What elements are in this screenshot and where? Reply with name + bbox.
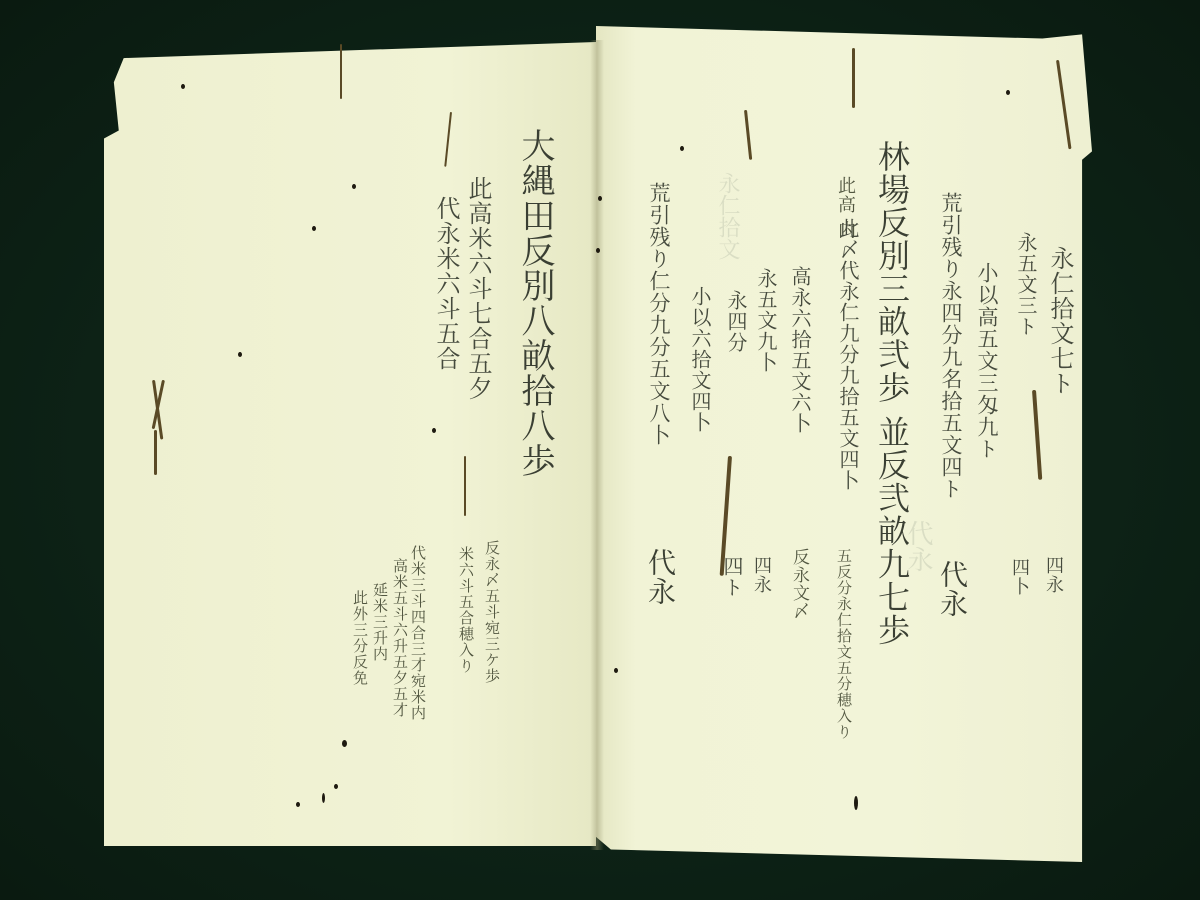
wormhole	[312, 226, 316, 231]
right-line: 高永六拾五文六卜	[790, 266, 810, 434]
left-note: 高米五斗六升五夕五才	[392, 558, 407, 718]
wormhole	[432, 428, 436, 433]
paper-tear	[852, 48, 855, 108]
right-note: 四永	[1044, 556, 1062, 594]
right-note: 四ト	[722, 556, 742, 598]
left-note: 延米三升内	[372, 582, 387, 662]
right-line: 此〆代永仁九分九拾五文四卜	[838, 218, 858, 491]
right-note: 反永文〆	[790, 548, 807, 620]
right-note: 五反分永仁拾文五分穂入り	[836, 548, 851, 740]
left-heading: 大縄田反別八畝拾八歩	[518, 128, 552, 478]
left-note: 代米三斗四合三才宛米内	[410, 545, 425, 721]
left-note: 米六斗五合穂入り	[458, 546, 473, 674]
right-line: 荒引残り仁分九分五文八卜	[648, 182, 669, 446]
wormhole	[1006, 90, 1010, 95]
wormhole	[352, 184, 356, 189]
right-heading: 林場反別三畝弐歩 並反弐畝九七歩	[876, 140, 908, 646]
wormhole	[854, 796, 858, 810]
left-note: 此外三分反免	[352, 590, 367, 686]
left-note: 反永〆五斗宛三ケ歩	[484, 540, 499, 684]
paper-tear	[464, 456, 466, 516]
right-note: 代永	[646, 548, 674, 606]
paper-tear	[154, 430, 157, 475]
right-line: 永五文九卜	[756, 268, 776, 373]
paper-tear	[340, 44, 342, 99]
wormhole	[296, 802, 300, 807]
wormhole	[596, 248, 600, 253]
right-note: 四永	[752, 556, 770, 594]
right-note: 四卜	[1010, 558, 1028, 596]
wormhole	[680, 146, 684, 151]
right-line: 荒引残り永四分九名拾五文四ト	[940, 192, 961, 500]
left-line-1: 此高米六斗七合五夕	[466, 176, 490, 401]
right-line: 永四分	[726, 290, 746, 353]
wormhole	[614, 668, 618, 673]
wormhole	[334, 784, 338, 789]
right-line: 永仁拾文七ト	[1048, 246, 1072, 396]
right-line: 永五文三ト	[1016, 232, 1036, 337]
left-line-2: 代永米六斗五合	[434, 196, 458, 371]
wormhole	[342, 740, 347, 747]
ink-bleed-through: 永仁拾文	[712, 150, 743, 260]
right-note: 代永	[938, 560, 966, 618]
right-line: 小以高五文三匁九ト	[976, 262, 997, 460]
right-line: 小以六拾文四卜	[690, 286, 710, 433]
wormhole	[322, 793, 325, 803]
wormhole	[181, 84, 185, 89]
wormhole	[598, 196, 602, 201]
wormhole	[238, 352, 242, 357]
